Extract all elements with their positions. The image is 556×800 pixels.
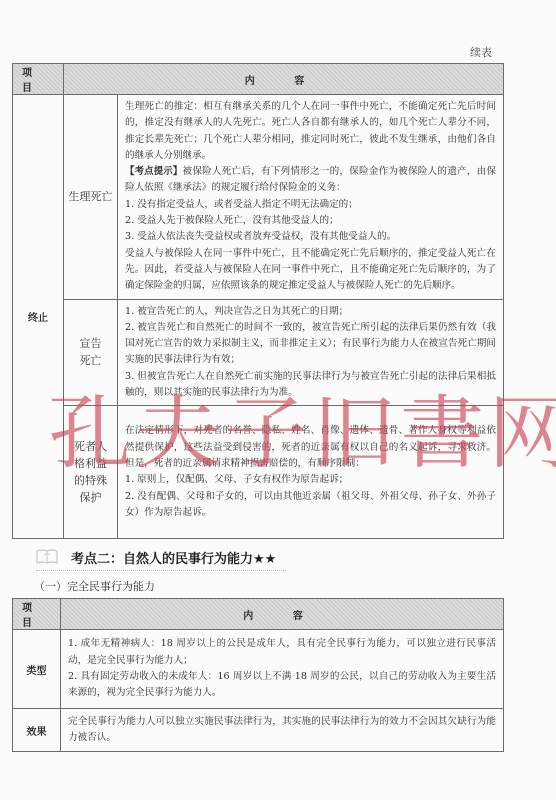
natural-death-content: 生理死亡的推定：相互有继承关系的几个人在同一事件中死亡，不能确定死亡先后时间的，… [118,95,504,300]
list-item: 1. 没有指定受益人，或者受益人指定不明无法确定的； [125,197,496,213]
category-termination: 终止 [13,95,64,539]
label-line: 死亡 [64,352,117,369]
list-item: 2. 具有固定劳动收入的未成年人：16 周岁以上不满 18 周岁的公民，以自己的… [68,669,496,702]
capacity-table: 项 目 内 容 类型 1. 成年无精神病人：18 周岁以上的公民是成年人，具有完… [12,598,504,752]
header-content: 内 容 [61,599,504,630]
label-line: 保护 [64,489,117,506]
list-item: 2. 没有配偶、父母和子女的，可以由其他近亲属（祖父母、外祖父母、孙子女、外孙子… [125,489,496,522]
header-content: 内 容 [64,64,504,95]
type-content: 1. 成年无精神病人：18 周岁以上的公民是成年人，具有完全民事行为能力，可以独… [61,630,504,709]
book-icon [36,548,58,565]
list-item: 1. 被宣告死亡的人，判决宣告之日为其死亡的日期； [125,304,496,320]
row-label-deceased-personality: 死者人 格利益 的特殊 保护 [64,406,118,539]
row-label-declared-death: 宣告 死亡 [64,299,118,406]
header-item: 项 目 [13,599,61,630]
declared-death-content: 1. 被宣告死亡的人，判决宣告之日为其死亡的日期； 2. 被宣告死亡和自然死亡的… [118,299,504,406]
list-item: 2. 受益人先于被保险人死亡，没有其他受益人的； [125,213,496,229]
row-label-type: 类型 [13,630,61,709]
continued-table-label: 续表 [470,44,492,60]
subheading: （一）完全民事行为能力 [34,578,155,594]
list-item: 1. 原则上，仅配偶、父母、子女有权作为原告起诉； [125,472,496,488]
paragraph: 完全民事行为能力人可以独立实施民事法律行为，其实施的民事法律行为的效力不会因其欠… [68,714,496,747]
list-item: 3. 但被宣告死亡人在自然死亡前实施的民事法律行为与被宣告死亡引起的法律后果相抵… [125,369,496,402]
table-row: 宣告 死亡 1. 被宣告死亡的人，判决宣告之日为其死亡的日期； 2. 被宣告死亡… [13,299,504,406]
label-line: 格利益 [64,455,117,472]
label-line: 的特殊 [64,472,117,489]
list-item: 2. 被宣告死亡和自然死亡的时间不一致的，被宣告死亡所引起的法律后果仍然有效（我… [125,320,496,369]
list-item: 1. 成年无精神病人：18 周岁以上的公民是成年人，具有完全民事行为能力，可以独… [68,636,496,669]
exam-tip: 【考点提示】被保险人死亡后，有下列情形之一的，保险金作为被保险人的遗产，由保险人… [125,164,496,197]
effect-content: 完全民事行为能力人可以独立实施民事法律行为，其实施的民事法律行为的效力不会因其欠… [61,709,504,752]
section-heading: 考点二：自然人的民事行为能力★★ [36,546,286,571]
paragraph: 在法定情形下，对死者的名誉、隐私、姓名、肖像、遗体、遗骨、著作人身权等利益依然提… [125,423,496,472]
table-row: 类型 1. 成年无精神病人：18 周岁以上的公民是成年人，具有完全民事行为能力，… [13,630,504,709]
table-row: 终止 生理死亡 生理死亡的推定：相互有继承关系的几个人在同一事件中死亡，不能确定… [13,95,504,300]
exam-tip-label: 【考点提示】 [125,166,183,177]
label-line: 死者人 [64,438,117,455]
header-item: 项 目 [13,64,64,95]
row-label-natural-death: 生理死亡 [64,95,118,300]
section-title: 考点二：自然人的民事行为能力★★ [71,548,276,567]
table-header-row: 项 目 内 容 [13,64,504,95]
label-line: 宣告 [64,335,117,352]
table-row: 死者人 格利益 的特殊 保护 在法定情形下，对死者的名誉、隐私、姓名、肖像、遗体… [13,406,504,539]
row-label-effect: 效果 [13,709,61,752]
paragraph: 受益人与被保险人在同一事件中死亡，且不能确定死亡先后顺序的，推定受益人死亡在先。… [125,246,496,295]
table-header-row: 项 目 内 容 [13,599,504,630]
list-item: 3. 受益人依法丧失受益权或者放弃受益权，没有其他受益人的。 [125,229,496,245]
table-row: 效果 完全民事行为能力人可以独立实施民事法律行为，其实施的民事法律行为的效力不会… [13,709,504,752]
deceased-personality-content: 在法定情形下，对死者的名誉、隐私、姓名、肖像、遗体、遗骨、著作人身权等利益依然提… [118,406,504,539]
paragraph: 生理死亡的推定：相互有继承关系的几个人在同一事件中死亡，不能确定死亡先后时间的，… [125,99,496,164]
termination-table: 项 目 内 容 终止 生理死亡 生理死亡的推定：相互有继承关系的几个人在同一事件… [12,63,504,539]
